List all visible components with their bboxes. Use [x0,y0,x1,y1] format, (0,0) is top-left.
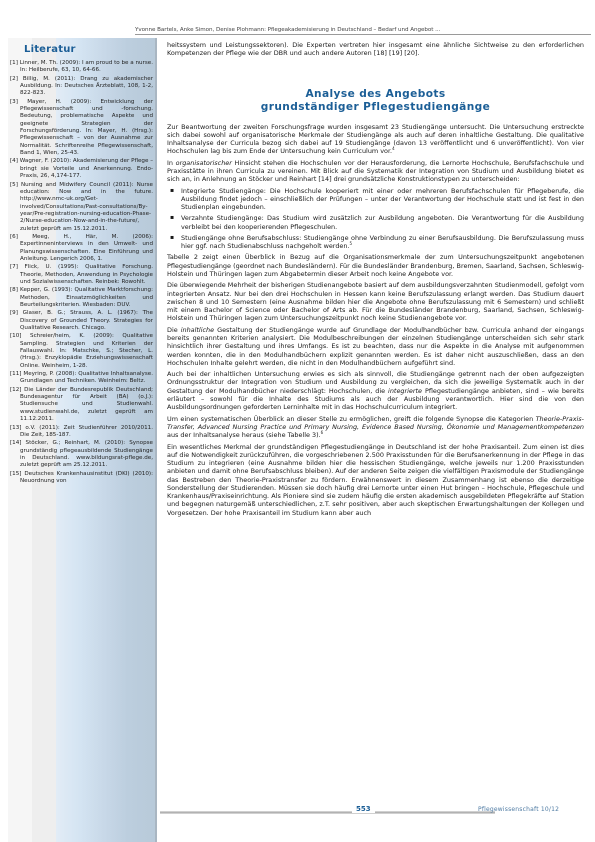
paragraph-text: Gestaltung der Studiengänge wurde auf Gr… [167,326,584,367]
type-term: Verzahnte Studiengänge: [181,214,264,222]
study-program-types-list: Integrierte Studiengänge: Die Hochschule… [167,187,584,251]
reference-item: [2] Billig, M. (2011): Drang zu akademis… [10,76,153,98]
type-term: Studiengänge ohne Berufsabschluss: [181,234,301,242]
emphasis: organisatorischer [176,159,232,167]
paragraph-content-design: Die inhaltliche Gestaltung der Studiengä… [167,326,584,367]
paragraph-synopsis: Um einen systematischen Überblick an die… [167,415,584,440]
reference-item: [15] Deutsches Krankenhausinstitut (DKI)… [10,471,153,486]
reference-list: [1] Linner, M. Th. (2009): I am proud to… [10,60,153,486]
references-title: Literatur [24,44,76,55]
reference-item: [13] o.V. (2011): Zeit Studienführer 201… [10,425,153,440]
footnote-marker: 4 [392,146,395,151]
reference-item: [12] Die Länder der Bundesrepublik Deuts… [10,387,153,424]
reference-item: [9] Glaser, B. G.; Strauss, A. L. (1967)… [10,310,153,332]
reference-item: [4] Wagner, F. (2010): Akademisierung de… [10,158,153,180]
paragraph-organisational: In organisatorischer Hinsicht stehen die… [167,159,584,184]
article-body: heitssystem und Leistungssektoren). Die … [167,41,584,520]
reference-item: [14] Stöcker, G.; Reinhart, M. (2010): S… [10,440,153,469]
paragraph-text: Um einen systematischen Überblick an die… [167,415,536,423]
reference-item: [10] Schreier/heim, K. (2009): Qualitati… [10,333,153,370]
paragraph-practice-share: Ein wesentliches Merkmal der grundständi… [167,443,584,517]
list-item: Studiengänge ohne Berufsabschluss: Studi… [181,234,584,251]
type-term: Integrierte Studiengänge: [181,187,266,195]
intro-paragraph: heitssystem und Leistungssektoren). Die … [167,41,584,58]
paragraph-text: Zur Beantwortung der zweiten Forschungsf… [167,123,584,156]
footnote-marker: 6 [321,430,324,435]
paragraph-text: In [167,159,176,167]
reference-item: [3] Mayer, H. (2009): Entwicklung der Pf… [10,99,153,158]
reference-item: [6] Meeg, H., Här, M. (2006): Expertinne… [10,234,153,263]
section-heading: Analyse des Angebots grundständiger Pfle… [167,88,584,114]
reference-item: [5] Nursing and Midwifery Council (2011)… [10,182,153,233]
reference-item: [11] Meyring, P. (2008): Qualitative Inh… [10,371,153,386]
section-heading-line2: grundständiger Pflegestudiengänge [167,101,584,114]
reference-item: [1] Linner, M. Th. (2009): I am proud to… [10,60,153,75]
journal-name: Pflegewissenschaft 10/12 [478,806,559,813]
list-item: Integrierte Studiengänge: Die Hochschule… [181,187,584,212]
paragraph-content-analysis: Auch bei der inhaltlichen Untersuchung e… [167,370,584,411]
paragraph-research-question: Zur Beantwortung der zweiten Forschungsf… [167,123,584,156]
reference-item: [8] Kepper, G. (1993): Qualitative Markt… [10,287,153,309]
section-heading-line1: Analyse des Angebots [167,88,584,101]
reference-item: [7] Flick, U. (1995): Qualitative Forsch… [10,264,153,286]
list-item: Verzahnte Studiengänge: Das Studium wird… [181,214,584,231]
footnote-marker: 5 [350,241,353,246]
footer-rule [160,811,495,814]
paragraph-majority: Die überwiegende Mehrheit der bisherigen… [167,281,584,322]
emphasis: integrierte [388,387,422,395]
paragraph-text: aus der Inhaltsanalyse heraus (siehe Tab… [167,431,321,439]
emphasis: inhaltliche [181,326,214,334]
paragraph-table2: Tabelle 2 zeigt einen Überblick in Bezug… [167,253,584,278]
running-header: Yvonne Bartels, Anke Simon, Denise Plohm… [135,27,591,35]
paragraph-text: Die [167,326,181,334]
page-number: 553 [352,805,375,813]
